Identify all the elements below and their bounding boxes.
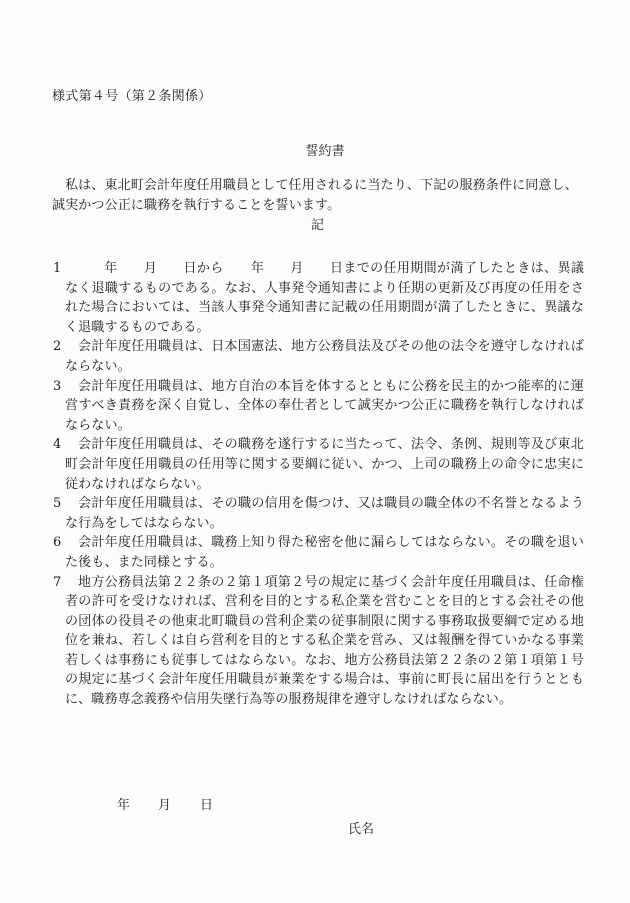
signature-year-field[interactable]: 年 bbox=[117, 798, 158, 814]
item-text: 会計年度任用職員は、その職務を遂行するに当たって、法令、条例、規則等及び東北町会… bbox=[65, 435, 584, 494]
ki-heading-text: 記 bbox=[311, 218, 324, 233]
condition-item-4: 4 会計年度任用職員は、その職務を遂行するに当たって、法令、条例、規則等及び東北… bbox=[52, 435, 584, 494]
item-number: 2 bbox=[53, 337, 65, 357]
item-number: 7 bbox=[53, 573, 65, 593]
from-year-label: 年 bbox=[104, 261, 118, 276]
item-text: 年月日から年月日までの任用期間が満了したときは、異議なく退職するものである。なお… bbox=[65, 259, 584, 337]
ki-heading: 記 bbox=[0, 218, 630, 234]
from-month-label: 月 bbox=[144, 261, 158, 276]
condition-item-2: 2 会計年度任用職員は、日本国憲法、地方公務員法及びその他の法令を遵守しなければ… bbox=[52, 337, 584, 376]
signature-date: 年月日 bbox=[117, 798, 213, 814]
document-page: 様式第４号（第２条関係） 誓約書 私は、東北町会計年度任用職員として任用されるに… bbox=[0, 0, 630, 903]
to-year-label: 年 bbox=[251, 261, 265, 276]
intro-paragraph: 私は、東北町会計年度任用職員として任用されるに当たり、下記の服務条件に同意し、誠… bbox=[52, 176, 587, 216]
signature-name-field[interactable]: 氏名 bbox=[348, 822, 374, 838]
conditions-list: 1 年月日から年月日までの任用期間が満了したときは、異議なく退職するものである。… bbox=[52, 259, 584, 710]
condition-item-7: 7 地方公務員法第２２条の２第１項第２号の規定に基づく会計年度任用職員は、任命権… bbox=[52, 573, 584, 710]
signature-day-field[interactable]: 日 bbox=[200, 798, 213, 814]
condition-item-1: 1 年月日から年月日までの任用期間が満了したときは、異議なく退職するものである。… bbox=[52, 259, 584, 337]
document-title-text: 誓約書 bbox=[305, 144, 344, 159]
signature-month-field[interactable]: 月 bbox=[158, 798, 200, 814]
item-text: 会計年度任用職員は、地方自治の本旨を体するとともに公務を民主的かつ能率的に運営す… bbox=[65, 377, 584, 436]
condition-item-3: 3 会計年度任用職員は、地方自治の本旨を体するとともに公務を民主的かつ能率的に運… bbox=[52, 377, 584, 436]
item-number: 6 bbox=[53, 533, 65, 553]
item-number: 1 bbox=[53, 259, 65, 279]
from-day-label: 日から bbox=[183, 261, 223, 276]
item-number: 5 bbox=[53, 494, 65, 514]
item-text: 会計年度任用職員は、日本国憲法、地方公務員法及びその他の法令を遵守しなければなら… bbox=[65, 337, 584, 376]
condition-item-6: 6 会計年度任用職員は、職務上知り得た秘密を他に漏らしてはならない。その職を退い… bbox=[52, 533, 584, 572]
item-number: 3 bbox=[53, 377, 65, 397]
item-text: 会計年度任用職員は、職務上知り得た秘密を他に漏らしてはならない。その職を退いた後… bbox=[65, 533, 584, 572]
item-text: 会計年度任用職員は、その職の信用を傷つけ、又は職員の職全体の不名誉となるような行… bbox=[65, 494, 584, 533]
condition-item-5: 5 会計年度任用職員は、その職の信用を傷つけ、又は職員の職全体の不名誉となるよう… bbox=[52, 494, 584, 533]
item-number: 4 bbox=[53, 435, 65, 455]
to-month-label: 月 bbox=[290, 261, 304, 276]
form-number: 様式第４号（第２条関係） bbox=[52, 89, 212, 105]
item-text: 地方公務員法第２２条の２第１項第２号の規定に基づく会計年度任用職員は、任命権者の… bbox=[65, 573, 584, 710]
document-title: 誓約書 bbox=[0, 144, 630, 160]
